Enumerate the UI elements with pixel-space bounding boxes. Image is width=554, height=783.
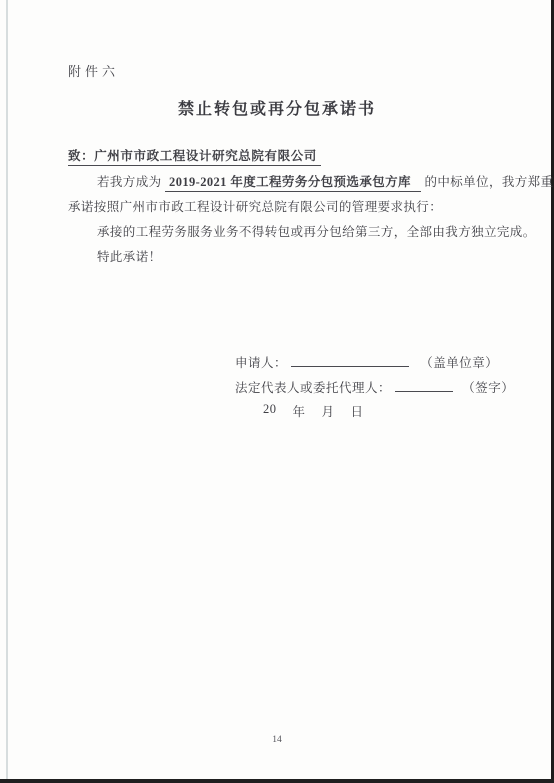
paragraph-1-line-1: 若我方成为 2019-2021 年度工程劳务分包预选承包方库 的中标单位，我方郑… bbox=[97, 172, 553, 190]
para1-suffix: 的中标单位，我方郑重 bbox=[424, 175, 553, 189]
date-month-label: 月 bbox=[322, 402, 335, 420]
seal-note: （盖单位章） bbox=[420, 356, 498, 370]
paragraph-2: 承接的工程劳务服务业务不得转包或再分包给第三方，全部由我方独立完成。 bbox=[97, 222, 536, 240]
paragraph-1-line-2: 承诺按照广州市市政工程设计研究总院有限公司的管理要求执行： bbox=[68, 197, 442, 215]
recipient-text: 致：广州市市政工程设计研究总院有限公司 bbox=[68, 149, 321, 166]
date-line: 20 年 月 日 bbox=[263, 402, 364, 420]
para1-underlined-phrase: 2019-2021 年度工程劳务分包预选承包方库 bbox=[165, 175, 421, 192]
applicant-blank-line bbox=[291, 354, 409, 367]
attachment-label: 附件六 bbox=[68, 61, 119, 80]
document-title: 禁止转包或再分包承诺书 bbox=[0, 96, 554, 119]
document-page: 附件六 禁止转包或再分包承诺书 致：广州市市政工程设计研究总院有限公司 若我方成… bbox=[0, 0, 554, 783]
legal-rep-blank-line bbox=[395, 379, 453, 392]
applicant-signature-line: 申请人： （盖单位章） bbox=[235, 353, 498, 371]
recipient-line: 致：广州市市政工程设计研究总院有限公司 bbox=[68, 146, 321, 164]
applicant-label: 申请人： bbox=[235, 356, 287, 370]
para1-prefix: 若我方成为 bbox=[97, 175, 162, 189]
scan-edge-bottom-border bbox=[0, 779, 554, 783]
legal-rep-signature-line: 法定代表人或委托代理人： （签字） bbox=[235, 378, 514, 396]
date-year-prefix: 20 bbox=[263, 402, 277, 420]
paragraph-3: 特此承诺！ bbox=[97, 247, 162, 265]
page-number: 14 bbox=[0, 735, 554, 745]
date-day-label: 日 bbox=[351, 402, 364, 420]
sign-note: （签字） bbox=[462, 381, 514, 395]
date-year-label: 年 bbox=[293, 402, 306, 420]
legal-rep-label: 法定代表人或委托代理人： bbox=[235, 381, 391, 395]
